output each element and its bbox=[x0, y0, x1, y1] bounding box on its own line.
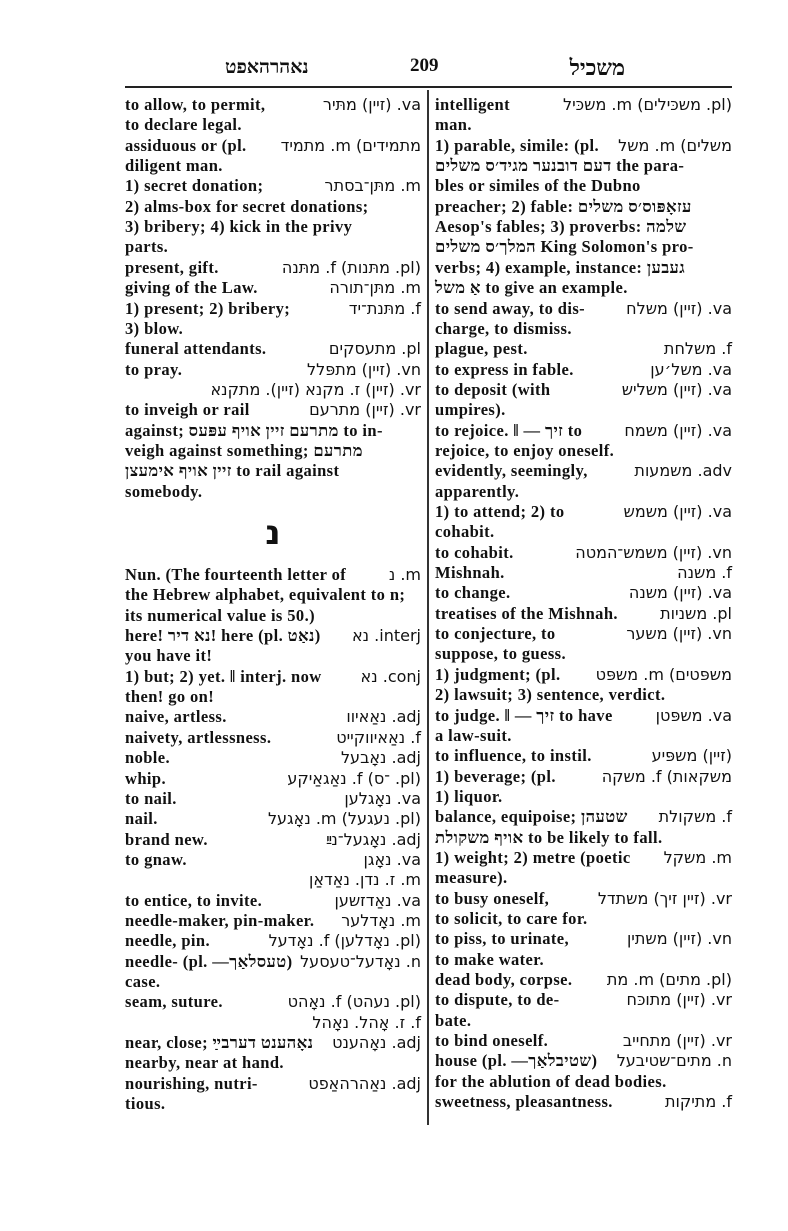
entry-line: 1) judgment; (pl.משפּטים) m. משפּט bbox=[435, 665, 732, 685]
entry-line: to inveigh or railvr. (זיין) מתרעם bbox=[125, 400, 421, 420]
entry-line: man. bbox=[435, 115, 732, 135]
section-letter-nun: נ bbox=[125, 513, 421, 553]
english-gloss: assiduous or (pl. bbox=[125, 136, 247, 156]
hebrew-headword: n. נאָדעל־טעסעל bbox=[300, 952, 421, 972]
entry-line: seam, suture.(pl. נעהט) f. נאָהט bbox=[125, 992, 421, 1012]
entry-line: you have it! bbox=[125, 646, 421, 666]
entry-line: to express in fable.va. משל׳ען bbox=[435, 360, 732, 380]
english-gloss: to change. bbox=[435, 583, 511, 603]
hebrew-headword: m. נ bbox=[389, 565, 421, 585]
entry-line: 1) secret donation;m. מתּן־בסתר bbox=[125, 176, 421, 196]
entry-line: evidently, seemingly,adv. משמעות bbox=[435, 461, 732, 481]
hebrew-headword: adv. משמעות bbox=[634, 461, 732, 481]
entry-line: המלך׳ס משלים King Solomon's pro- bbox=[435, 237, 732, 257]
english-gloss: 1) secret donation; bbox=[125, 176, 263, 196]
english-gloss: to gnaw. bbox=[125, 850, 187, 870]
hebrew-headword: m. נאָדלער bbox=[341, 911, 421, 931]
entry-line: noble.adj. נאָבעל bbox=[125, 748, 421, 768]
entry-line: to deposit (withva. (זיין) משליש bbox=[435, 380, 732, 400]
hebrew-headword: משלים) m. משל bbox=[618, 136, 732, 156]
english-gloss: giving of the Law. bbox=[125, 278, 258, 298]
hebrew-headword: (pl. ־ס) f. נאַגאַיקע bbox=[287, 769, 421, 789]
hebrew-headword: משקאות) f. משקה bbox=[602, 767, 732, 787]
right-guide-word: משכיל bbox=[570, 55, 625, 81]
hebrew-headword: va. (זיין) משנה bbox=[629, 583, 732, 603]
hebrew-headword: va. (זיין) משליש bbox=[622, 380, 732, 400]
english-gloss: 1) parable, simile: (pl. bbox=[435, 136, 599, 156]
entry-line: preacher; 2) fable: עזאָפּוס׳ס משלים bbox=[435, 197, 732, 217]
page-number: 209 bbox=[410, 55, 439, 77]
english-gloss: case. bbox=[125, 972, 160, 992]
english-gloss: diligent man. bbox=[125, 156, 223, 176]
english-gloss: naivety, artlessness. bbox=[125, 728, 271, 748]
hebrew-headword: va. (זיין) מתּיר bbox=[323, 95, 421, 115]
hebrew-headword: f. נאַאיווקייט bbox=[336, 728, 421, 748]
english-gloss: to dispute, to de- bbox=[435, 990, 560, 1010]
entry-line: near, close; נאָהענט דערבײַadj. נאָהענט bbox=[125, 1033, 421, 1053]
hebrew-headword: conj. נא bbox=[361, 667, 421, 687]
hebrew-headword: va. נאָגן bbox=[363, 850, 421, 870]
hebrew-headword: vn. (זיין) מתפּלל bbox=[307, 360, 421, 380]
english-gloss: 1) judgment; (pl. bbox=[435, 665, 561, 685]
hebrew-headword: f. ז. אָהל. נאָהל bbox=[312, 1013, 421, 1033]
entry-line: to send away, to dis-va. (זיין) משלח bbox=[435, 299, 732, 319]
english-gloss: 2) alms-box for secret donations; bbox=[125, 197, 369, 217]
english-gloss: funeral attendants. bbox=[125, 339, 266, 359]
english-gloss: 3) bribery; 4) kick in the privy bbox=[125, 217, 352, 237]
left-guide-word: נאהרהאפט bbox=[225, 57, 309, 79]
hebrew-headword: adj. נאָבעל bbox=[341, 748, 421, 768]
entry-line: אַ משל to give an example. bbox=[435, 278, 732, 298]
entry-line: bate. bbox=[435, 1011, 732, 1031]
english-gloss: charge, to dismiss. bbox=[435, 319, 572, 339]
english-gloss: man. bbox=[435, 115, 472, 135]
english-gloss: dead body, corpse. bbox=[435, 970, 572, 990]
hebrew-headword: f. משקולת bbox=[659, 807, 732, 827]
english-gloss: 1) beverage; (pl. bbox=[435, 767, 556, 787]
hebrew-headword: va. (זיין) משמש bbox=[624, 502, 732, 522]
hebrew-headword: va. (זיין) משמח bbox=[624, 421, 732, 441]
english-gloss: 3) blow. bbox=[125, 319, 183, 339]
english-gloss: bate. bbox=[435, 1011, 471, 1031]
entry-line: dead body, corpse.(pl. מתים) m. מת bbox=[435, 970, 732, 990]
english-gloss: 2) lawsuit; 3) sentence, verdict. bbox=[435, 685, 665, 705]
entry-line: nail.(pl. נעגעל) m. נאָגעל bbox=[125, 809, 421, 829]
english-gloss: parts. bbox=[125, 237, 168, 257]
entry-line: 2) alms-box for secret donations; bbox=[125, 197, 421, 217]
entry-line: needle-maker, pin-maker.m. נאָדלער bbox=[125, 911, 421, 931]
hebrew-headword: va. (זיין) משלח bbox=[626, 299, 732, 319]
hebrew-headword: vr. (זיין זיך) משתדל bbox=[598, 889, 732, 909]
entry-line: tious. bbox=[125, 1094, 421, 1114]
entry-line: 1) weight; 2) metre (poeticm. משקל bbox=[435, 848, 732, 868]
hebrew-headword: (pl. נאָדלען) f. נאָדעל bbox=[269, 931, 421, 951]
english-gloss: Mishnah. bbox=[435, 563, 505, 583]
hebrew-headword: m. ז. נדן. נאַדאַן bbox=[309, 870, 421, 890]
hebrew-headword: adj. נאַאיוו bbox=[346, 707, 421, 727]
entry-line: apparently. bbox=[435, 482, 732, 502]
column-divider bbox=[427, 90, 429, 1125]
entry-line: 1) to attend; 2) tova. (זיין) משמש bbox=[435, 502, 732, 522]
english-gloss: 1) but; 2) yet. ‖ interj. now bbox=[125, 667, 322, 687]
hebrew-headword: m. מתּן־תורה bbox=[329, 278, 421, 298]
english-gloss: whip. bbox=[125, 769, 166, 789]
english-gloss: to express in fable. bbox=[435, 360, 574, 380]
english-gloss: a law-suit. bbox=[435, 726, 512, 746]
english-gloss: needle- (pl. —טעסלאַך) bbox=[125, 952, 293, 972]
entry-line: intelligent(pl. משכּילים) m. משכּיל bbox=[435, 95, 732, 115]
entry-line: to piss, to urinate,vn. (זיין) משתין bbox=[435, 929, 732, 949]
entry-line: 2) lawsuit; 3) sentence, verdict. bbox=[435, 685, 732, 705]
entry-line: a law-suit. bbox=[435, 726, 732, 746]
entry-line: 1) beverage; (pl.משקאות) f. משקה bbox=[435, 767, 732, 787]
entry-line: Nun. (The fourteenth letter ofm. נ bbox=[125, 565, 421, 585]
entry-line: its numerical value is 50.) bbox=[125, 606, 421, 626]
hebrew-headword: vr. (זיין) מתחייב bbox=[623, 1031, 732, 1051]
english-gloss: אַ משל to give an example. bbox=[435, 278, 628, 298]
entry-line: to busy oneself,vr. (זיין זיך) משתדל bbox=[435, 889, 732, 909]
entry-line: to influence, to instil.(זיין) משפּיע bbox=[435, 746, 732, 766]
english-gloss: umpires). bbox=[435, 400, 506, 420]
english-gloss: apparently. bbox=[435, 482, 519, 502]
entry-line: to rejoice. ‖ — זיך tova. (זיין) משמח bbox=[435, 421, 732, 441]
english-gloss: here! נא דיר! here (pl. נאַט) bbox=[125, 626, 321, 646]
entry-line: house (pl. —שטיבלאַך)n. מתים־שטיבעל bbox=[435, 1051, 732, 1071]
hebrew-headword: va. משל׳ען bbox=[650, 360, 732, 380]
entry-line: measure). bbox=[435, 868, 732, 888]
english-gloss: 1) present; 2) bribery; bbox=[125, 299, 290, 319]
entry-line: to declare legal. bbox=[125, 115, 421, 135]
english-gloss: evidently, seemingly, bbox=[435, 461, 588, 481]
english-gloss: seam, suture. bbox=[125, 992, 223, 1012]
hebrew-headword: f. מתיקות bbox=[665, 1092, 732, 1112]
entry-line: whip.(pl. ־ס) f. נאַגאַיקע bbox=[125, 769, 421, 789]
hebrew-headword: vn. (זיין) משער bbox=[626, 624, 732, 644]
english-gloss: for the ablution of dead bodies. bbox=[435, 1072, 667, 1092]
hebrew-headword: (pl. נעהט) f. נאָהט bbox=[288, 992, 421, 1012]
hebrew-headword: va. נאַדזשען bbox=[334, 891, 421, 911]
hebrew-headword: interj. נא bbox=[352, 626, 421, 646]
english-gloss: to busy oneself, bbox=[435, 889, 549, 909]
english-gloss: to piss, to urinate, bbox=[435, 929, 569, 949]
english-gloss: house (pl. —שטיבלאַך) bbox=[435, 1051, 597, 1071]
dictionary-page: נאהרהאפט 209 משכיל to allow, to permit,v… bbox=[0, 0, 788, 1231]
english-gloss: to send away, to dis- bbox=[435, 299, 585, 319]
english-gloss: then! go on! bbox=[125, 687, 214, 707]
hebrew-headword: (pl. מתּנות) f. מתּנה bbox=[282, 258, 421, 278]
hebrew-headword: (pl. נעגעל) m. נאָגעל bbox=[268, 809, 421, 829]
hebrew-headword: מתמידים) m. מתמיד bbox=[281, 136, 421, 156]
entry-line: to dispute, to de-vr. (זיין) מתוכּח bbox=[435, 990, 732, 1010]
hebrew-headword: (זיין) משפּיע bbox=[652, 746, 732, 766]
entry-line: to entice, to invite.va. נאַדזשען bbox=[125, 891, 421, 911]
english-gloss: cohabit. bbox=[435, 522, 495, 542]
english-gloss: to make water. bbox=[435, 950, 544, 970]
entry-line: 1) but; 2) yet. ‖ interj. nowconj. נא bbox=[125, 667, 421, 687]
entry-line: charge, to dismiss. bbox=[435, 319, 732, 339]
english-gloss: to conjecture, to bbox=[435, 624, 556, 644]
english-gloss: sweetness, pleasantness. bbox=[435, 1092, 613, 1112]
entry-line: rejoice, to enjoy oneself. bbox=[435, 441, 732, 461]
english-gloss: Aesop's fables; 3) proverbs: שלמה bbox=[435, 217, 686, 237]
hebrew-headword: adj. נאָגעל־נײַ bbox=[326, 830, 421, 850]
english-gloss: veigh against something; מתרעם bbox=[125, 441, 363, 461]
english-gloss: measure). bbox=[435, 868, 507, 888]
hebrew-headword: pl. מתעסקים bbox=[329, 339, 421, 359]
entry-line: 3) bribery; 4) kick in the privy bbox=[125, 217, 421, 237]
entry-line: bles or similes of the Dubno bbox=[435, 176, 732, 196]
hebrew-headword: f. משנה bbox=[677, 563, 732, 583]
english-gloss: to entice, to invite. bbox=[125, 891, 262, 911]
english-gloss: to deposit (with bbox=[435, 380, 551, 400]
entry-line: here! נא דיר! here (pl. נאַט)interj. נא bbox=[125, 626, 421, 646]
english-gloss: to judge. ‖ — זיך to have bbox=[435, 706, 613, 726]
hebrew-headword: f. מתּנת־יד bbox=[349, 299, 421, 319]
english-gloss: nourishing, nutri- bbox=[125, 1074, 258, 1094]
hebrew-headword: m. מתּן־בסתר bbox=[325, 176, 421, 196]
english-gloss: to solicit, to care for. bbox=[435, 909, 588, 929]
english-gloss: balance, equipoise; שטעהן bbox=[435, 807, 628, 827]
english-gloss: to influence, to instil. bbox=[435, 746, 592, 766]
entry-line: umpires). bbox=[435, 400, 732, 420]
entry-line: to pray.vn. (זיין) מתפּלל bbox=[125, 360, 421, 380]
entry-line: to gnaw.va. נאָגן bbox=[125, 850, 421, 870]
page-header: נאהרהאפט 209 משכיל bbox=[125, 55, 735, 83]
entry-line: זיין אויף אימעצן to rail against bbox=[125, 461, 421, 481]
entry-line: giving of the Law.m. מתּן־תורה bbox=[125, 278, 421, 298]
entry-line: case. bbox=[125, 972, 421, 992]
entry-line: f. ז. אָהל. נאָהל bbox=[125, 1013, 421, 1033]
entry-line: diligent man. bbox=[125, 156, 421, 176]
hebrew-headword: (pl. משכּילים) m. משכּיל bbox=[563, 95, 732, 115]
entry-line: to cohabit.vn. (זיין) משמש־המטה bbox=[435, 543, 732, 563]
english-gloss: to nail. bbox=[125, 789, 177, 809]
hebrew-headword: adj. נאַהרהאַפט bbox=[308, 1074, 421, 1094]
entry-line: parts. bbox=[125, 237, 421, 257]
entry-line: to nail.va. נאָגלען bbox=[125, 789, 421, 809]
hebrew-headword: vn. (זיין) משתין bbox=[627, 929, 732, 949]
hebrew-headword: m. משקל bbox=[664, 848, 732, 868]
english-gloss: to cohabit. bbox=[435, 543, 514, 563]
entry-line: funeral attendants.pl. מתעסקים bbox=[125, 339, 421, 359]
english-gloss: the Hebrew alphabet, equivalent to n; bbox=[125, 585, 405, 605]
english-gloss: Nun. (The fourteenth letter of bbox=[125, 565, 346, 585]
english-gloss: זיין אויף אימעצן to rail against bbox=[125, 461, 339, 481]
entry-line: to change.va. (זיין) משנה bbox=[435, 583, 732, 603]
entry-line: suppose, to guess. bbox=[435, 644, 732, 664]
english-gloss: to declare legal. bbox=[125, 115, 242, 135]
entry-line: naivety, artlessness.f. נאַאיווקייט bbox=[125, 728, 421, 748]
entry-line: somebody. bbox=[125, 482, 421, 502]
english-gloss: suppose, to guess. bbox=[435, 644, 566, 664]
english-gloss: tious. bbox=[125, 1094, 165, 1114]
english-gloss: plague, pest. bbox=[435, 339, 528, 359]
hebrew-headword: adj. נאָהענט bbox=[332, 1033, 421, 1053]
entry-line: to conjecture, tovn. (זיין) משער bbox=[435, 624, 732, 644]
entry-line: against; מתרעם זיין אויף עפּעס to in- bbox=[125, 421, 421, 441]
entry-line: verbs; 4) example, instance: געבען bbox=[435, 258, 732, 278]
hebrew-headword: vr. (זיין) מתרעם bbox=[309, 400, 421, 420]
english-gloss: bles or similes of the Dubno bbox=[435, 176, 641, 196]
entry-line: 1) liquor. bbox=[435, 787, 732, 807]
english-gloss: its numerical value is 50.) bbox=[125, 606, 315, 626]
hebrew-headword: (pl. מתים) m. מת bbox=[607, 970, 732, 990]
english-gloss: 1) to attend; 2) to bbox=[435, 502, 565, 522]
entry-line: דעם דובנער מגיד׳ס משלים the para- bbox=[435, 156, 732, 176]
english-gloss: nail. bbox=[125, 809, 158, 829]
english-gloss: דעם דובנער מגיד׳ס משלים the para- bbox=[435, 156, 684, 176]
entry-line: the Hebrew alphabet, equivalent to n; bbox=[125, 585, 421, 605]
entry-line: sweetness, pleasantness.f. מתיקות bbox=[435, 1092, 732, 1112]
english-gloss: המלך׳ס משלים King Solomon's pro- bbox=[435, 237, 694, 257]
header-rule bbox=[125, 86, 732, 88]
english-gloss: to allow, to permit, bbox=[125, 95, 265, 115]
entry-line: balance, equipoise; שטעהןf. משקולת bbox=[435, 807, 732, 827]
hebrew-headword: pl. משניות bbox=[660, 604, 732, 624]
english-gloss: אויף משקולת to be likely to fall. bbox=[435, 828, 662, 848]
entry-line: nearby, near at hand. bbox=[125, 1053, 421, 1073]
entry-line: vr. (זיין) ז. מקנא (זיין). מתקנא bbox=[125, 380, 421, 400]
english-gloss: against; מתרעם זיין אויף עפּעס to in- bbox=[125, 421, 383, 441]
english-gloss: to pray. bbox=[125, 360, 182, 380]
entry-line: cohabit. bbox=[435, 522, 732, 542]
entry-line: present, gift.(pl. מתּנות) f. מתּנה bbox=[125, 258, 421, 278]
entry-line: m. ז. נדן. נאַדאַן bbox=[125, 870, 421, 890]
entry-line: plague, pest.f. משלחת bbox=[435, 339, 732, 359]
english-gloss: naive, artless. bbox=[125, 707, 227, 727]
entry-line: nourishing, nutri-adj. נאַהרהאַפט bbox=[125, 1074, 421, 1094]
hebrew-headword: n. מתים־שטיבעל bbox=[617, 1051, 732, 1071]
english-gloss: intelligent bbox=[435, 95, 510, 115]
english-gloss: 1) liquor. bbox=[435, 787, 503, 807]
entry-line: Aesop's fables; 3) proverbs: שלמה bbox=[435, 217, 732, 237]
english-gloss: somebody. bbox=[125, 482, 202, 502]
hebrew-headword: משפּטים) m. משפּט bbox=[596, 665, 732, 685]
entry-line: for the ablution of dead bodies. bbox=[435, 1072, 732, 1092]
english-gloss: rejoice, to enjoy oneself. bbox=[435, 441, 614, 461]
hebrew-headword: f. משלחת bbox=[664, 339, 732, 359]
entry-line: to solicit, to care for. bbox=[435, 909, 732, 929]
english-gloss: near, close; נאָהענט דערבײַ bbox=[125, 1033, 313, 1053]
english-gloss: needle, pin. bbox=[125, 931, 210, 951]
entry-line: 3) blow. bbox=[125, 319, 421, 339]
english-gloss: you have it! bbox=[125, 646, 212, 666]
english-gloss: brand new. bbox=[125, 830, 208, 850]
hebrew-headword: va. משפּטן bbox=[656, 706, 732, 726]
entry-line: assiduous or (pl.מתמידים) m. מתמיד bbox=[125, 136, 421, 156]
entry-line: needle- (pl. —טעסלאַך)n. נאָדעל־טעסעל bbox=[125, 952, 421, 972]
entry-line: to allow, to permit,va. (זיין) מתּיר bbox=[125, 95, 421, 115]
english-gloss: nearby, near at hand. bbox=[125, 1053, 284, 1073]
entry-line: needle, pin.(pl. נאָדלען) f. נאָדעל bbox=[125, 931, 421, 951]
hebrew-headword: va. נאָגלען bbox=[344, 789, 421, 809]
entry-line: to make water. bbox=[435, 950, 732, 970]
english-gloss: to inveigh or rail bbox=[125, 400, 250, 420]
entry-line: brand new.adj. נאָגעל־נײַ bbox=[125, 830, 421, 850]
english-gloss: needle-maker, pin-maker. bbox=[125, 911, 314, 931]
entry-line: אויף משקולת to be likely to fall. bbox=[435, 828, 732, 848]
entry-line: treatises of the Mishnah.pl. משניות bbox=[435, 604, 732, 624]
english-gloss: verbs; 4) example, instance: געבען bbox=[435, 258, 685, 278]
hebrew-headword: vr. (זיין) ז. מקנא (זיין). מתקנא bbox=[210, 380, 421, 400]
english-gloss: noble. bbox=[125, 748, 170, 768]
entry-line: 1) present; 2) bribery;f. מתּנת־יד bbox=[125, 299, 421, 319]
english-gloss: treatises of the Mishnah. bbox=[435, 604, 618, 624]
entry-line: then! go on! bbox=[125, 687, 421, 707]
entry-line: 1) parable, simile: (pl.משלים) m. משל bbox=[435, 136, 732, 156]
entry-line: Mishnah.f. משנה bbox=[435, 563, 732, 583]
english-gloss: to rejoice. ‖ — זיך to bbox=[435, 421, 582, 441]
hebrew-headword: vr. (זיין) מתוכּח bbox=[627, 990, 733, 1010]
entry-line: veigh against something; מתרעם bbox=[125, 441, 421, 461]
english-gloss: to bind oneself. bbox=[435, 1031, 548, 1051]
english-gloss: 1) weight; 2) metre (poetic bbox=[435, 848, 631, 868]
hebrew-headword: vn. (זיין) משמש־המטה bbox=[575, 543, 732, 563]
entry-line: to bind oneself.vr. (זיין) מתחייב bbox=[435, 1031, 732, 1051]
english-gloss: preacher; 2) fable: עזאָפּוס׳ס משלים bbox=[435, 197, 692, 217]
entry-line: to judge. ‖ — זיך to haveva. משפּטן bbox=[435, 706, 732, 726]
entry-line: naive, artless.adj. נאַאיוו bbox=[125, 707, 421, 727]
english-gloss: present, gift. bbox=[125, 258, 219, 278]
